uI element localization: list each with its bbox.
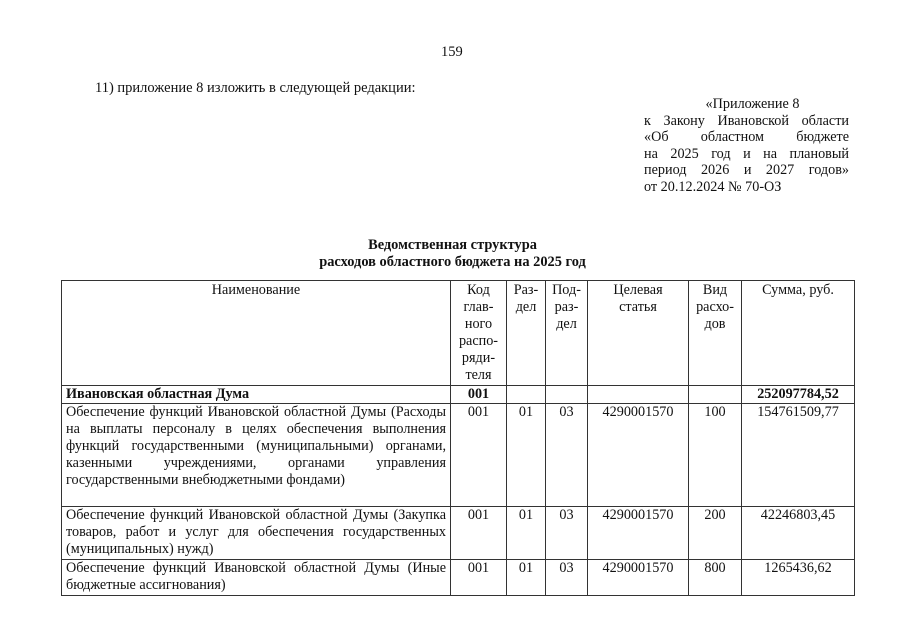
cell-admin-code: 001 <box>451 385 507 403</box>
header-admin-code: Код глав- ного распо- ряди- теля <box>451 281 507 386</box>
cell-section: 01 <box>507 559 546 595</box>
appendix-line: период 2026 и 2027 годов» <box>644 162 849 179</box>
header-line: дел <box>550 316 583 333</box>
header-line: дел <box>511 299 541 316</box>
cell-target-article: 4290001570 <box>588 403 689 506</box>
header-line: Раз- <box>511 282 541 299</box>
cell-target-article <box>588 385 689 403</box>
cell-expense-type: 100 <box>689 403 742 506</box>
header-line: распо- <box>455 333 502 350</box>
cell-target-article: 4290001570 <box>588 506 689 559</box>
cell-expense-type <box>689 385 742 403</box>
cell-amount: 154761509,77 <box>742 403 855 506</box>
header-expense-type: Вид расхо- дов <box>689 281 742 386</box>
cell-amount: 252097784,52 <box>742 385 855 403</box>
cell-amount: 1265436,62 <box>742 559 855 595</box>
cell-name: Обеспечение функций Ивановской областной… <box>62 403 451 506</box>
cell-name: Ивановская областная Дума <box>62 385 451 403</box>
table-row: Обеспечение функций Ивановской областной… <box>62 559 855 595</box>
header-amount: Сумма, руб. <box>742 281 855 386</box>
cell-subsection: 03 <box>546 559 588 595</box>
appendix-line: «Приложение 8 <box>644 96 849 113</box>
cell-admin-code: 001 <box>451 403 507 506</box>
header-name: Наименование <box>62 281 451 386</box>
cell-subsection <box>546 385 588 403</box>
table-row: Обеспечение функций Ивановской областной… <box>62 403 855 506</box>
header-subsection: Под- раз- дел <box>546 281 588 386</box>
cell-target-article: 4290001570 <box>588 559 689 595</box>
cell-amount: 42246803,45 <box>742 506 855 559</box>
appendix-header: «Приложение 8 к Закону Ивановской област… <box>644 96 849 196</box>
header-line: глав- <box>455 299 502 316</box>
title-line-1: Ведомственная структура <box>200 237 705 254</box>
header-line: расхо- <box>693 299 737 316</box>
cell-expense-type: 800 <box>689 559 742 595</box>
appendix-line: от 20.12.2024 № 70-ОЗ <box>644 179 849 196</box>
table-header-row: Наименование Код глав- ного распо- ряди-… <box>62 281 855 386</box>
cell-name: Обеспечение функций Ивановской областной… <box>62 506 451 559</box>
table-row-organization: Ивановская областная Дума 001 252097784,… <box>62 385 855 403</box>
appendix-line: «Об областном бюджете <box>644 129 849 146</box>
table-row: Обеспечение функций Ивановской областной… <box>62 506 855 559</box>
cell-admin-code: 001 <box>451 559 507 595</box>
header-line: Код <box>455 282 502 299</box>
title-line-2: расходов областного бюджета на 2025 год <box>200 254 705 271</box>
cell-subsection: 03 <box>546 506 588 559</box>
page-number: 159 <box>441 44 463 61</box>
header-line: Под- <box>550 282 583 299</box>
header-line: Целевая <box>592 282 684 299</box>
cell-section: 01 <box>507 403 546 506</box>
cell-name: Обеспечение функций Ивановской областной… <box>62 559 451 595</box>
cell-subsection: 03 <box>546 403 588 506</box>
header-target-article: Целевая статья <box>588 281 689 386</box>
header-line: ного <box>455 316 502 333</box>
cell-admin-code: 001 <box>451 506 507 559</box>
header-line: раз- <box>550 299 583 316</box>
budget-table: Наименование Код глав- ного распо- ряди-… <box>61 280 855 596</box>
cell-section <box>507 385 546 403</box>
header-line: Вид <box>693 282 737 299</box>
header-section: Раз- дел <box>507 281 546 386</box>
header-line: теля <box>455 367 502 384</box>
cell-expense-type: 200 <box>689 506 742 559</box>
instruction-text: 11) приложение 8 изложить в следующей ре… <box>95 80 416 97</box>
header-line: статья <box>592 299 684 316</box>
appendix-line: на 2025 год и на плановый <box>644 146 849 163</box>
document-title: Ведомственная структура расходов областн… <box>200 237 705 270</box>
header-line: ряди- <box>455 350 502 367</box>
cell-section: 01 <box>507 506 546 559</box>
header-line: дов <box>693 316 737 333</box>
appendix-line: к Закону Ивановской области <box>644 113 849 130</box>
